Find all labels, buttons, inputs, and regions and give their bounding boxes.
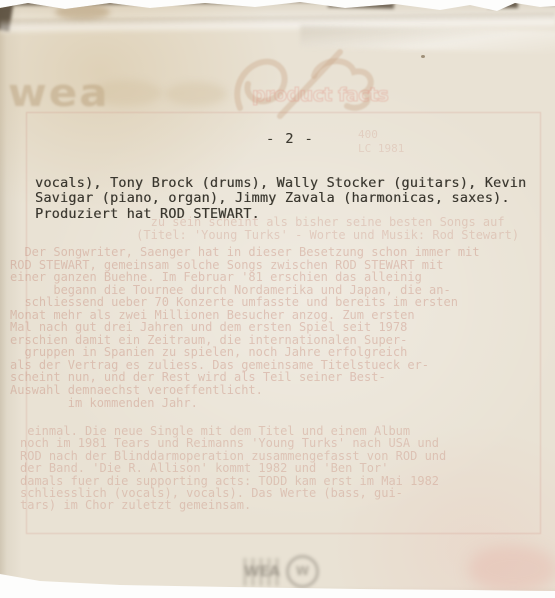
page-number: - 2 - [266, 131, 314, 147]
text-line: Auswahl demnaechst veroeffentlicht. [10, 384, 480, 397]
text-line: LC 1981 [358, 142, 404, 156]
watermark-script-flourish-icon [218, 46, 383, 120]
text-line: schliessend ueber 70 Konzerte umfasste u… [10, 296, 480, 309]
text-line: (Titel: 'Young Turks' - Worte und Musik:… [35, 229, 519, 242]
torn-edge [10, 0, 140, 6]
watermark-ghost-blob [92, 80, 162, 106]
text-line: Der Songwriter, Saenger hat in dieser Be… [10, 246, 480, 259]
torn-edge [328, 0, 394, 9]
text-line: vocals), Tony Brock (drums), Wally Stock… [35, 176, 526, 191]
ghost-text-top-right: 400LC 1981 [358, 128, 404, 156]
text-line: Savigar (piano, organ), Jimmy Zavala (ha… [35, 191, 526, 206]
bottom-wea-logo: WEA [243, 558, 281, 586]
text-line: noch im 1981 Tears und Reimanns 'Young T… [20, 437, 446, 449]
torn-edge [398, 0, 438, 2]
torn-edge [255, 0, 325, 2]
ghost-text-under-typed: zu sein scheint als bisher seine besten … [35, 216, 519, 242]
scanned-document: wea product facts - 2 - vocals), Tony Br… [0, 0, 555, 598]
paper-speck [421, 55, 425, 58]
text-line: Mal nach gut drei Jahren und dem ersten … [10, 321, 480, 334]
text-line: tars) im Chor zuletzt gemeinsam. [20, 499, 446, 511]
text-line: einer ganzen Buehne. Im Februar '81 ersc… [10, 271, 480, 284]
text-line: im kommenden Jahr. [10, 397, 480, 410]
torn-edge [543, 0, 555, 5]
torn-edge [175, 0, 253, 4]
paper-smudge [468, 545, 555, 593]
torn-edge [488, 0, 518, 8]
text-line: der Band. 'Die R. Allison' kommt 1982 un… [20, 462, 446, 474]
paper-sheet: wea product facts - 2 - vocals), Tony Br… [0, 0, 555, 598]
text-line: 400 [358, 128, 404, 142]
bottom-round-logo: W [286, 555, 319, 588]
ghost-text-middle-block: Der Songwriter, Saenger hat in dieser Be… [10, 246, 480, 409]
watermark-product-facts: product facts [252, 84, 388, 106]
ghost-text-lower-block: einmal. Die neue Single mit dem Titel un… [20, 425, 446, 512]
